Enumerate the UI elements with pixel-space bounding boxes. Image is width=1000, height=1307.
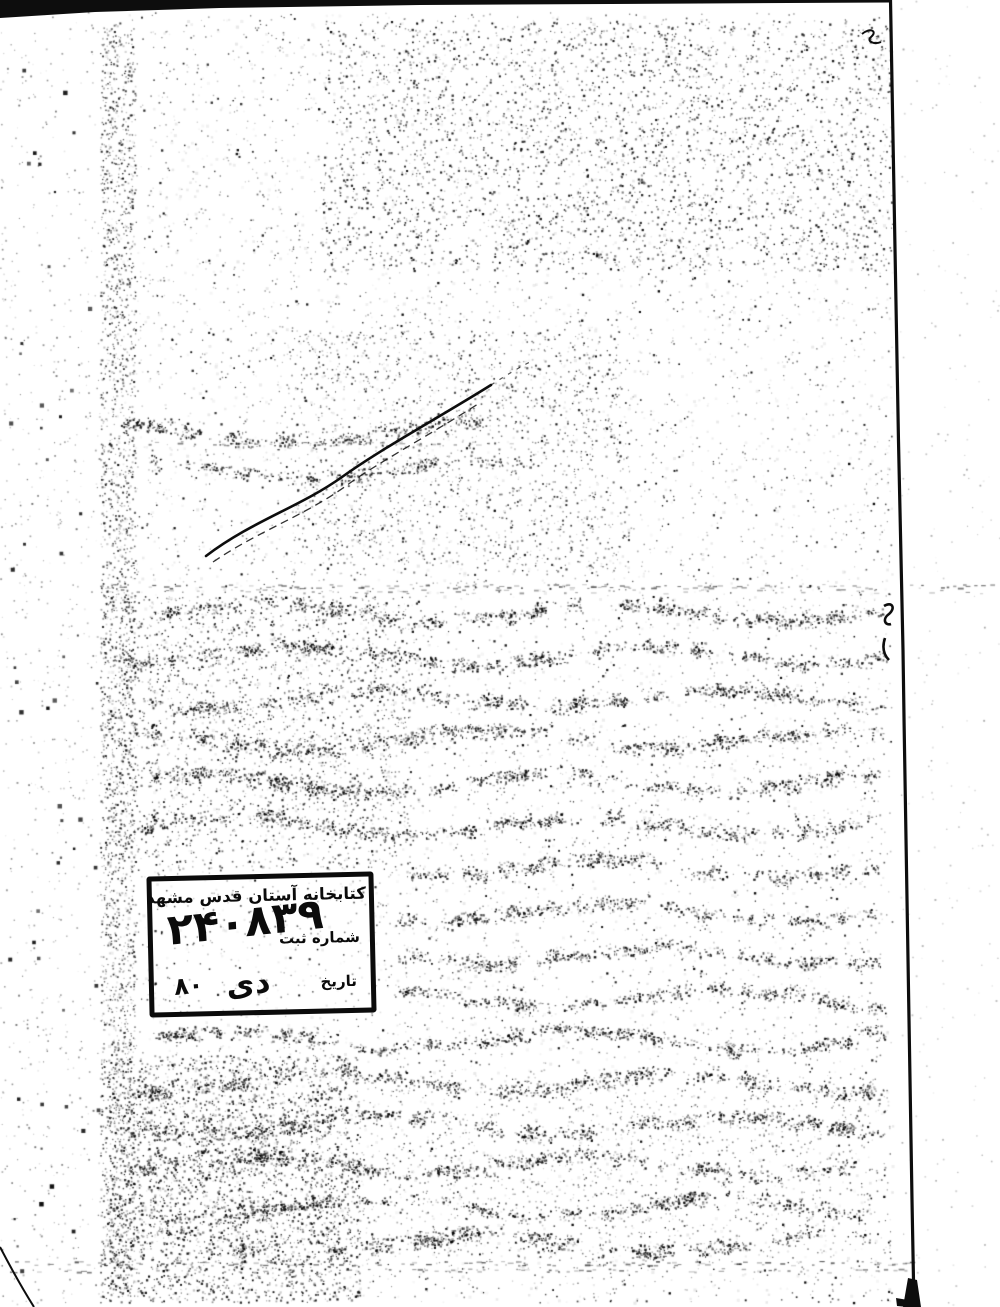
pen-stroke-tail (491, 362, 530, 385)
top-edge-shadow (0, 0, 891, 18)
stamp-date-handwritten-month: دی (224, 967, 272, 1003)
scanned-manuscript-page: کتابخانه آستان قدس مشهد شماره ثبت ۲۴۰۸۳۹… (0, 0, 1000, 1307)
pen-stroke-main (206, 385, 491, 556)
right-edge-line (891, 0, 915, 1307)
library-registration-stamp: کتابخانه آستان قدس مشهد شماره ثبت ۲۴۰۸۳۹… (146, 871, 376, 1017)
bottom-right-corner-mark (896, 1278, 921, 1307)
right-edge-squiggle-top (862, 30, 881, 43)
scan-artifact-marks (0, 0, 1000, 1307)
stamp-date-label: تاریخ (320, 972, 357, 991)
right-edge-squiggle-mid (883, 604, 892, 660)
pen-stroke-secondary (213, 404, 478, 562)
stamp-date-handwritten-year: ۸۰ (173, 972, 204, 999)
bottom-left-curve (0, 1247, 34, 1307)
